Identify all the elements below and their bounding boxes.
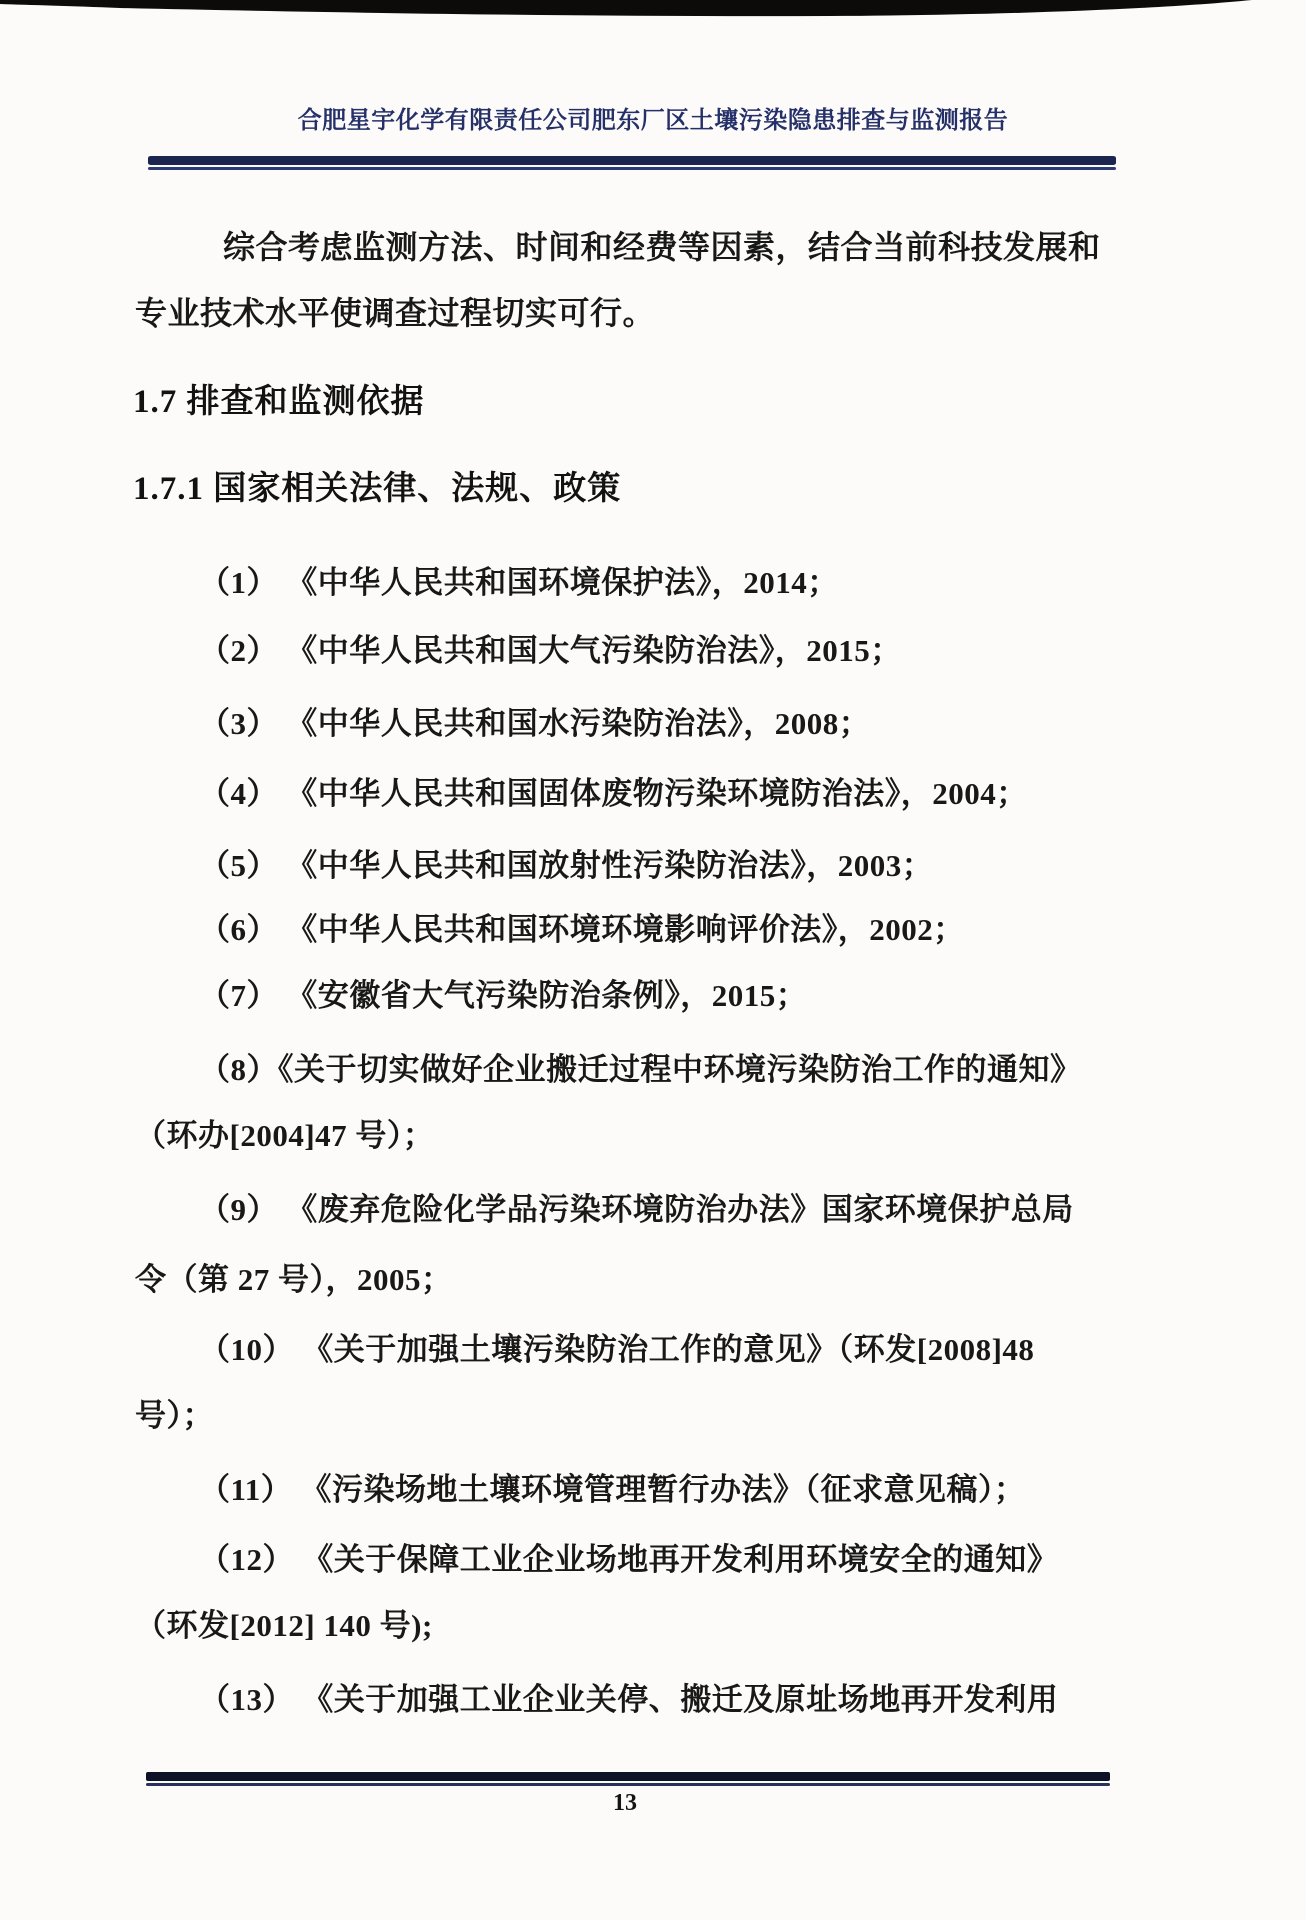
paragraph-line-2: 专业技术水平使调查过程切实可行。 <box>135 288 1125 334</box>
list-line-9-continuation: 令（第 27 号），2005； <box>135 1254 1125 1299</box>
list-line-11: （11） 《污染场地土壤环境管理暂行办法》（征求意见稿）； <box>135 1464 1125 1509</box>
page-number: 13 <box>135 1790 1115 1817</box>
list-line-12: （12） 《关于保障工业企业场地再开发利用环境安全的通知》 <box>135 1534 1125 1579</box>
report-header-title: 合肥星宇化学有限责任公司肥东厂区土壤污染隐患排查与监测报告 <box>0 100 1306 135</box>
footer-rule-thick-line <box>146 1772 1110 1781</box>
document-page: 合肥星宇化学有限责任公司肥东厂区土壤污染隐患排查与监测报告 综合考虑监测方法、时… <box>0 0 1306 1920</box>
scan-edge-artifact <box>0 0 1306 26</box>
list-line-9: （9） 《废弃危险化学品污染环境防治办法》国家环境保护总局 <box>135 1184 1125 1229</box>
footer-rule <box>146 1772 1110 1786</box>
list-line-4: （4） 《中华人民共和国固体废物污染环境防治法》，2004； <box>135 768 1125 813</box>
list-line-6: （6） 《中华人民共和国环境环境影响评价法》，2002； <box>135 904 1125 949</box>
list-line-10-continuation: 号）； <box>135 1390 1125 1435</box>
list-line-13: （13） 《关于加强工业企业关停、搬迁及原址场地再开发利用 <box>135 1674 1125 1719</box>
footer-rule-thin-line <box>146 1783 1110 1786</box>
subsection-heading-1-7-1: 1.7.1 国家相关法律、法规、政策 <box>133 462 1123 509</box>
list-line-8-continuation: （环办[2004]47 号）； <box>135 1110 1125 1155</box>
paragraph-line-1: 综合考虑监测方法、时间和经费等因素，结合当前科技发展和 <box>135 222 1125 268</box>
header-rule-thick-line <box>148 156 1116 165</box>
section-heading-1-7: 1.7 排查和监测依据 <box>133 375 1123 422</box>
list-line-7: （7） 《安徽省大气污染防治条例》，2015； <box>135 970 1125 1015</box>
list-line-3: （3） 《中华人民共和国水污染防治法》，2008； <box>135 698 1125 743</box>
list-line-12-continuation: （环发[2012] 140 号); <box>135 1600 1125 1645</box>
list-line-1: （1） 《中华人民共和国环境保护法》，2014； <box>135 557 1125 602</box>
list-line-2: （2） 《中华人民共和国大气污染防治法》，2015； <box>135 625 1125 670</box>
list-line-5: （5） 《中华人民共和国放射性污染防治法》，2003； <box>135 840 1125 885</box>
list-line-10: （10） 《关于加强土壤污染防治工作的意见》（环发[2008]48 <box>135 1324 1125 1369</box>
header-rule-thin-line <box>148 167 1116 170</box>
list-line-8: （8）《关于切实做好企业搬迁过程中环境污染防治工作的通知》 <box>135 1044 1125 1089</box>
header-rule <box>148 156 1116 170</box>
